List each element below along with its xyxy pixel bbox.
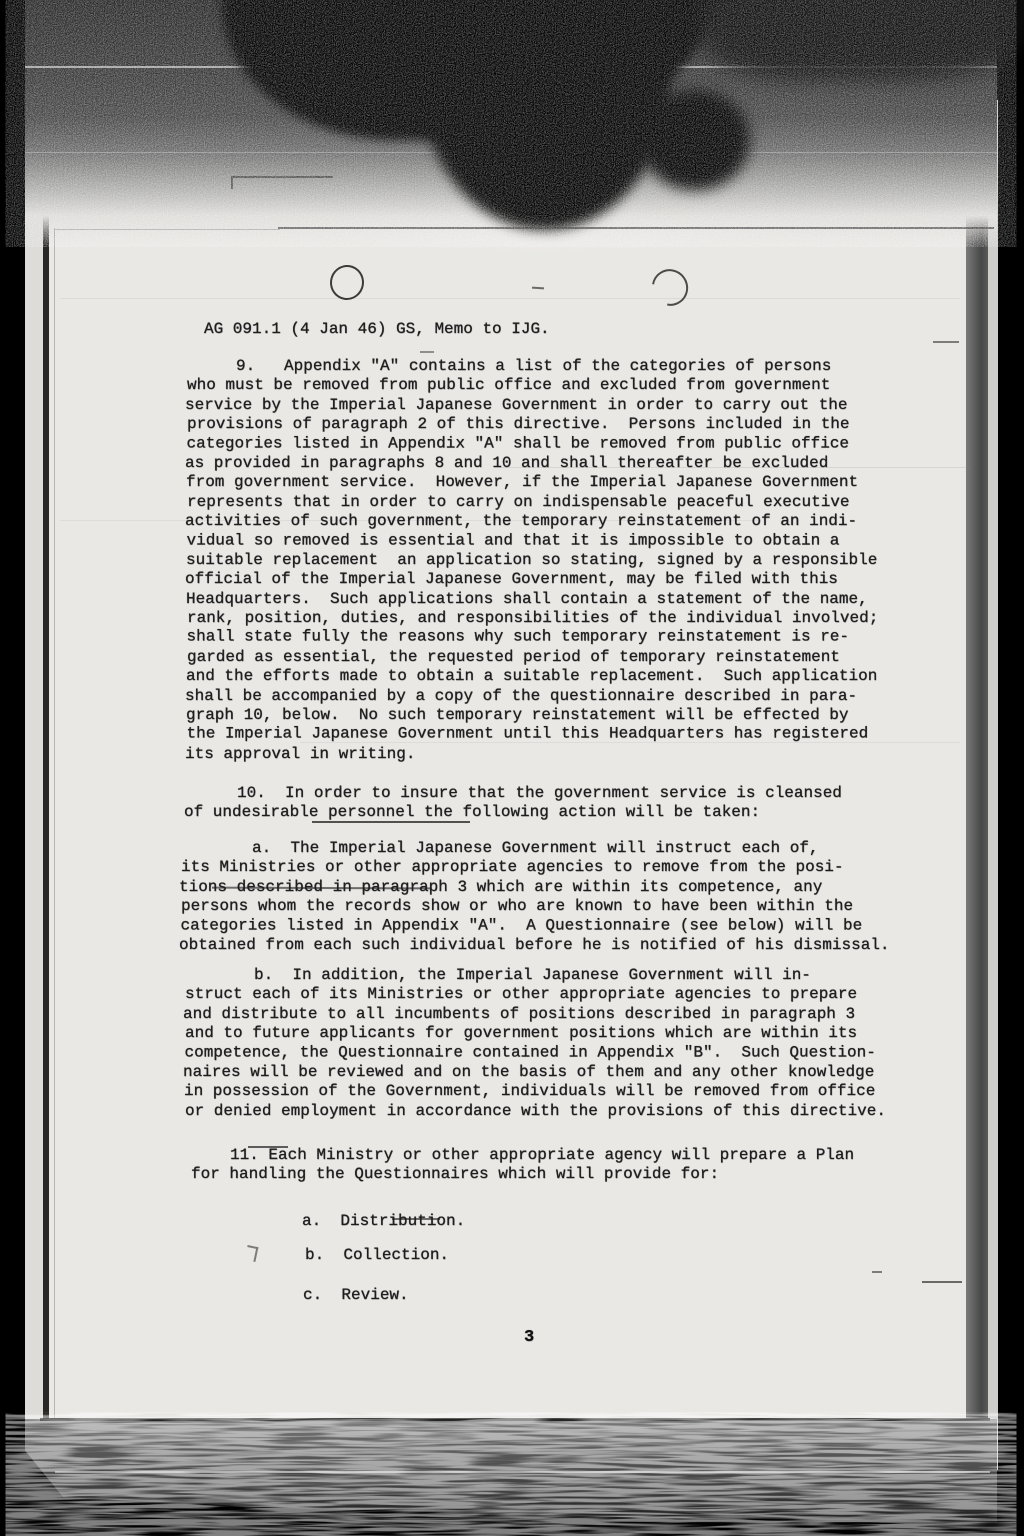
reference-line: AG 091.1 (4 Jan 46) GS, Memo to IJG. [204, 320, 550, 338]
text-line: and to future applicants for government … [185, 1024, 886, 1043]
text-line: shall be accompanied by a copy of the qu… [185, 687, 876, 706]
text-line: from government service. However, if the… [186, 473, 877, 492]
text-line: tions described in paragraph 3 which are… [179, 878, 890, 897]
text-line: and distribute to all incumbents of posi… [183, 1005, 884, 1024]
text-line: who must be removed from public office a… [187, 376, 878, 395]
text-line: 10. In order to insure that the governme… [183, 784, 842, 803]
text-line: c. Review. [303, 1286, 409, 1305]
text-line: represents that in order to carry on ind… [187, 493, 878, 512]
text-line: shall state fully the reasons why such t… [187, 628, 878, 647]
paragraph-para-11: 11. Each Ministry or other appropriate a… [190, 1146, 854, 1185]
text-line: vidual so removed is essential and that … [187, 531, 878, 550]
text-line: its Ministries or other appropriate agen… [181, 858, 892, 877]
paragraph-item-a: a. Distribution. [302, 1212, 465, 1231]
scanned-memo-page: AG 091.1 (4 Jan 46) GS, Memo to IJG. 9. … [0, 0, 1024, 1536]
page-number: 3 [524, 1328, 534, 1347]
memo-text-layer: AG 091.1 (4 Jan 46) GS, Memo to IJG. 9. … [0, 0, 1024, 1536]
text-line: categories listed in Appendix "A" shall … [187, 434, 878, 453]
text-line: rank, position, duties, and responsibili… [187, 609, 878, 628]
text-line: naires will be reviewed and on the basis… [183, 1063, 884, 1082]
text-line: or denied employment in accordance with … [185, 1102, 886, 1121]
text-line: and the efforts made to obtain a suitabl… [186, 667, 877, 686]
text-line: service by the Imperial Japanese Governm… [185, 396, 876, 415]
text-line: a. The Imperial Japanese Government will… [180, 839, 891, 858]
text-line: in possession of the Government, individ… [184, 1082, 885, 1101]
text-line: its approval in writing. [185, 745, 876, 764]
text-line: competence, the Questionnaire contained … [185, 1043, 886, 1062]
text-line: suitable replacement an application so s… [186, 551, 877, 570]
text-line: persons whom the records show or who are… [181, 897, 892, 916]
paragraph-para-10: 10. In order to insure that the governme… [183, 784, 842, 823]
paragraph-para-10a: a. The Imperial Japanese Government will… [180, 839, 891, 955]
paragraph-para-9: 9. Appendix "A" contains a list of the c… [186, 357, 877, 764]
text-line: obtained from each such individual befor… [179, 936, 890, 955]
text-line: for handling the Questionnaires which wi… [191, 1165, 855, 1184]
text-line: as provided in paragraphs 8 and 10 and s… [185, 454, 876, 473]
text-line: of undesirable personnel the following a… [184, 803, 843, 822]
text-line: graph 10, below. No such temporary reins… [186, 706, 877, 725]
paragraph-item-b: b. Collection. [305, 1246, 449, 1265]
text-line: 9. Appendix "A" contains a list of the c… [186, 357, 877, 376]
text-line: the Imperial Japanese Government until t… [187, 725, 878, 744]
text-line: a. Distribution. [302, 1212, 465, 1231]
text-line: official of the Imperial Japanese Govern… [185, 570, 876, 589]
text-line: provisions of paragraph 2 of this direct… [187, 415, 878, 434]
text-line: garded as essential, the requested perio… [187, 648, 878, 667]
text-line: 11. Each Ministry or other appropriate a… [190, 1146, 854, 1165]
text-line: categories listed in Appendix "A". A Que… [181, 916, 892, 935]
text-line: b. In addition, the Imperial Japanese Go… [184, 966, 885, 985]
paragraph-para-10b: b. In addition, the Imperial Japanese Go… [184, 966, 885, 1121]
text-line: b. Collection. [305, 1246, 449, 1265]
paragraph-item-c: c. Review. [303, 1286, 409, 1305]
text-line: struct each of its Ministries or other a… [185, 985, 886, 1004]
text-line: Headquarters. Such applications shall co… [186, 590, 877, 609]
text-line: activities of such government, the tempo… [185, 512, 876, 531]
